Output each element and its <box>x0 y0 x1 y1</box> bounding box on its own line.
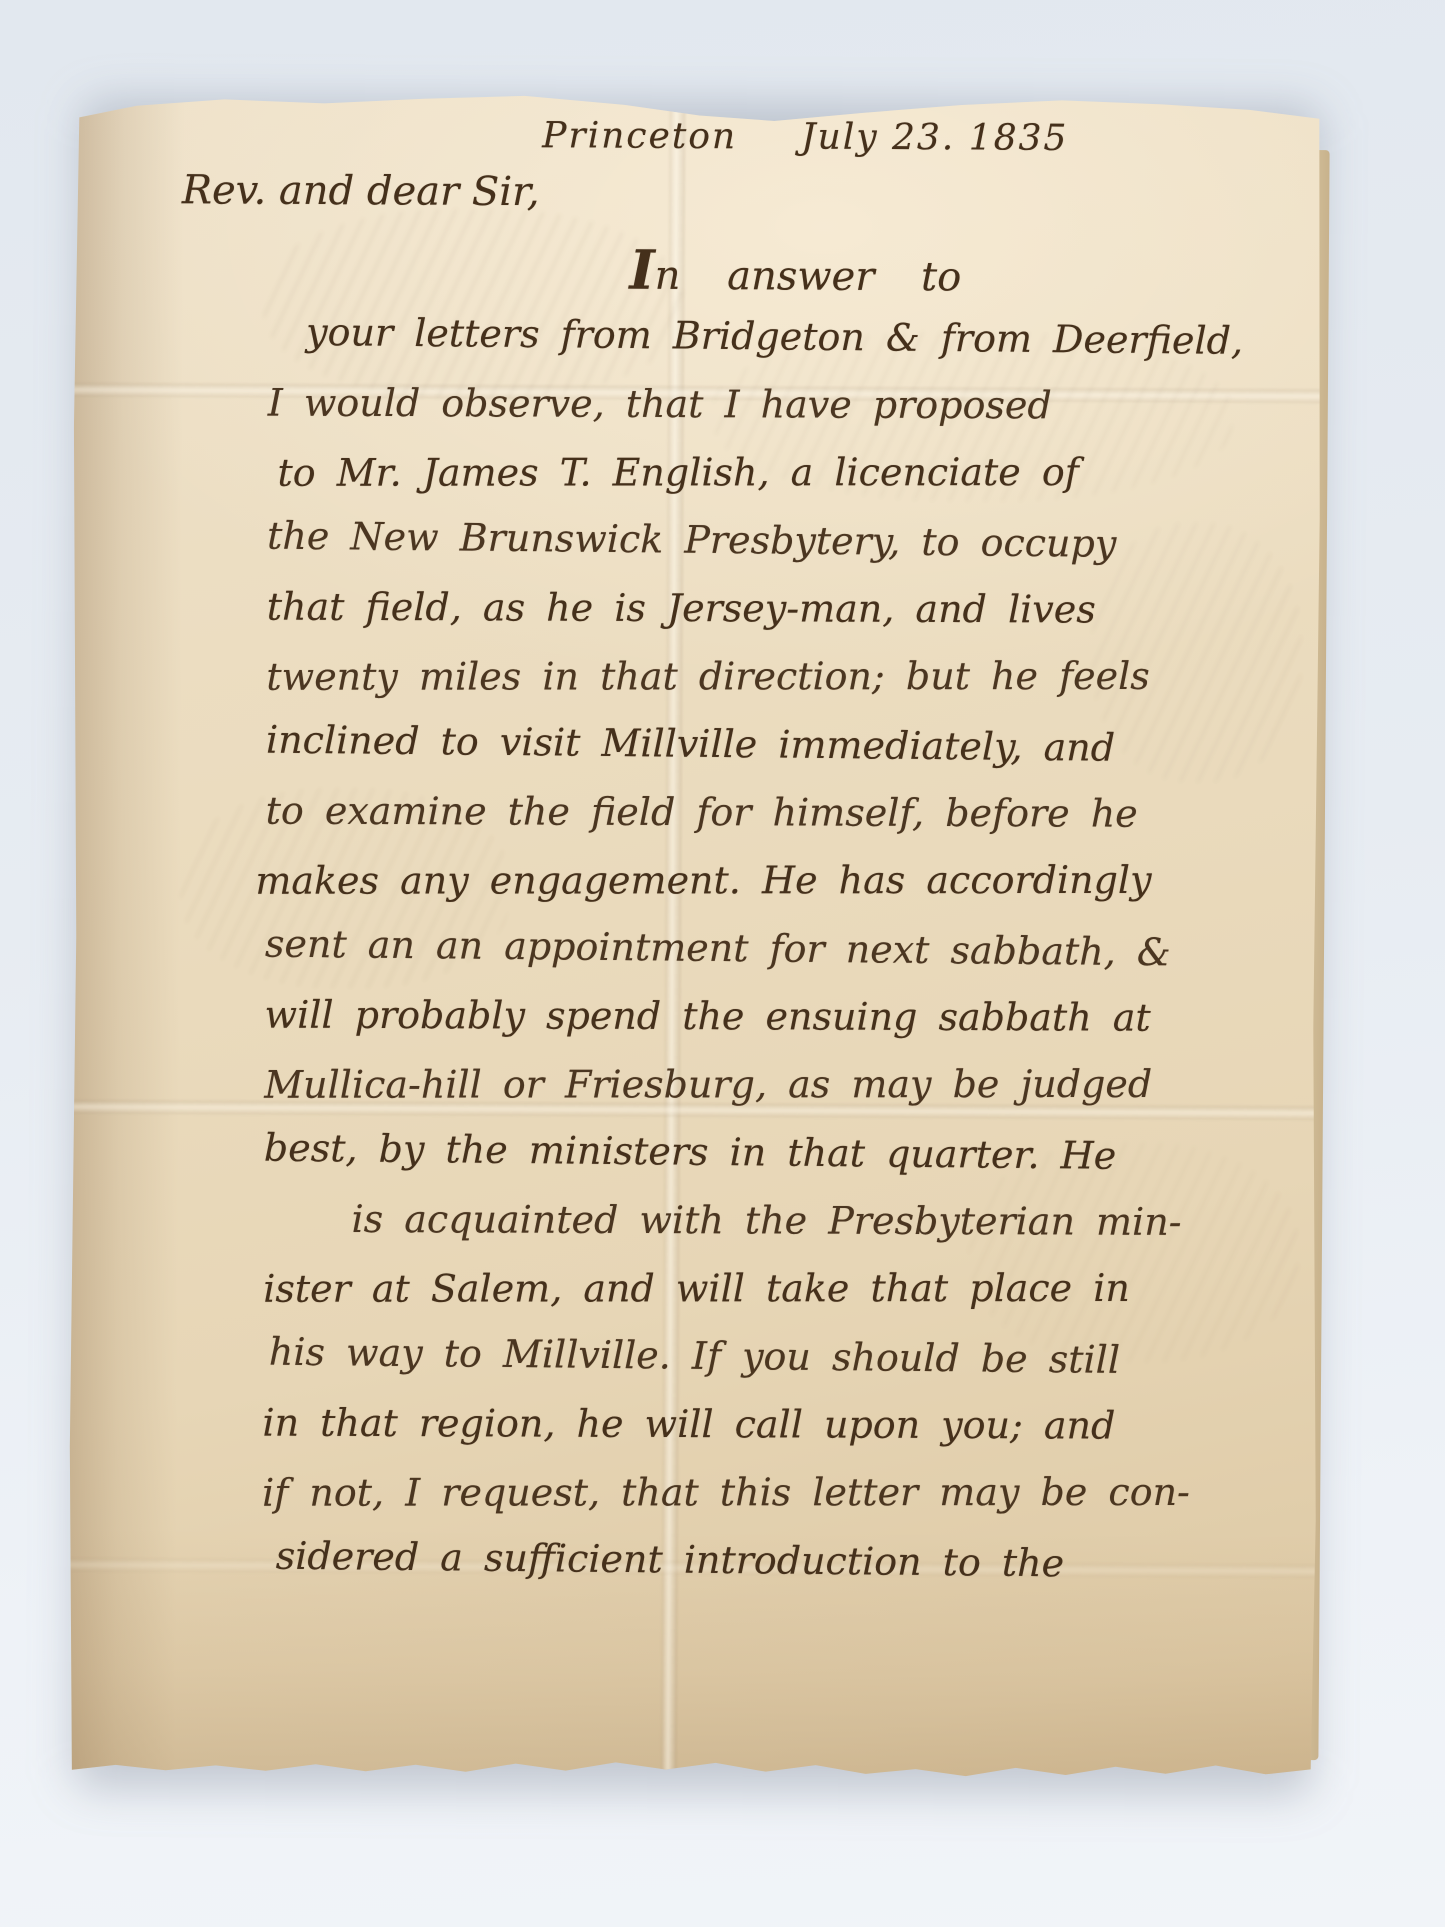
letter-body: your letters from Bridgeton & from Deerf… <box>252 300 1244 1597</box>
opening-line: In answer to <box>629 238 961 304</box>
letter-line: the New Brunswick Presbytery, to occupy <box>267 502 1243 579</box>
letter-line: will probably spend the ensuing sabbath … <box>264 981 1239 1052</box>
letter-paper: Princeton July 23. 1835 Rev. and dear Si… <box>66 87 1325 1794</box>
letter-line: his way to Millville. If you should be s… <box>269 1318 1239 1395</box>
dateline-date: July 23. 1835 <box>801 117 1068 159</box>
letter-line: inclined to visit Millville immediately,… <box>266 706 1242 783</box>
letter-line: sidered a sufficient introduction to the <box>275 1522 1237 1599</box>
letter-line: makes any engagement. He has accordingly <box>255 846 1240 915</box>
letter-line: that field, as he is Jersey-man, and liv… <box>267 573 1242 644</box>
letter-line: to examine the field for himself, before… <box>266 777 1241 848</box>
letter-line: Mullica-hill or Friesburg, as may be jud… <box>264 1050 1239 1119</box>
dateline: Princeton July 23. 1835 <box>542 115 1068 159</box>
letter-line: sent an an appointment for next sabbath,… <box>265 910 1241 987</box>
letter-line: your letters from Bridgeton & from Deerf… <box>306 298 1244 375</box>
salutation-line: Rev. and dear Sir, <box>182 167 540 215</box>
letter-line: ister at Salem, and will take that place… <box>263 1254 1238 1323</box>
letter-line: if not, I request, that this letter may … <box>262 1458 1237 1527</box>
letter-line: is acquainted with the Presbyterian min- <box>351 1185 1238 1256</box>
dateline-place: Princeton <box>542 115 737 157</box>
letter-line: best, by the ministers in that quarter. … <box>264 1114 1240 1191</box>
letter-line: in that region, he will call upon you; a… <box>262 1389 1237 1460</box>
letter-line: to Mr. James T. English, a licenciate of <box>277 438 1242 507</box>
letter-line: twenty miles in that direction; but he f… <box>266 642 1241 711</box>
photo-background: Princeton July 23. 1835 Rev. and dear Si… <box>0 0 1445 1927</box>
letter-line: I would observe, that I have proposed <box>268 369 1243 440</box>
